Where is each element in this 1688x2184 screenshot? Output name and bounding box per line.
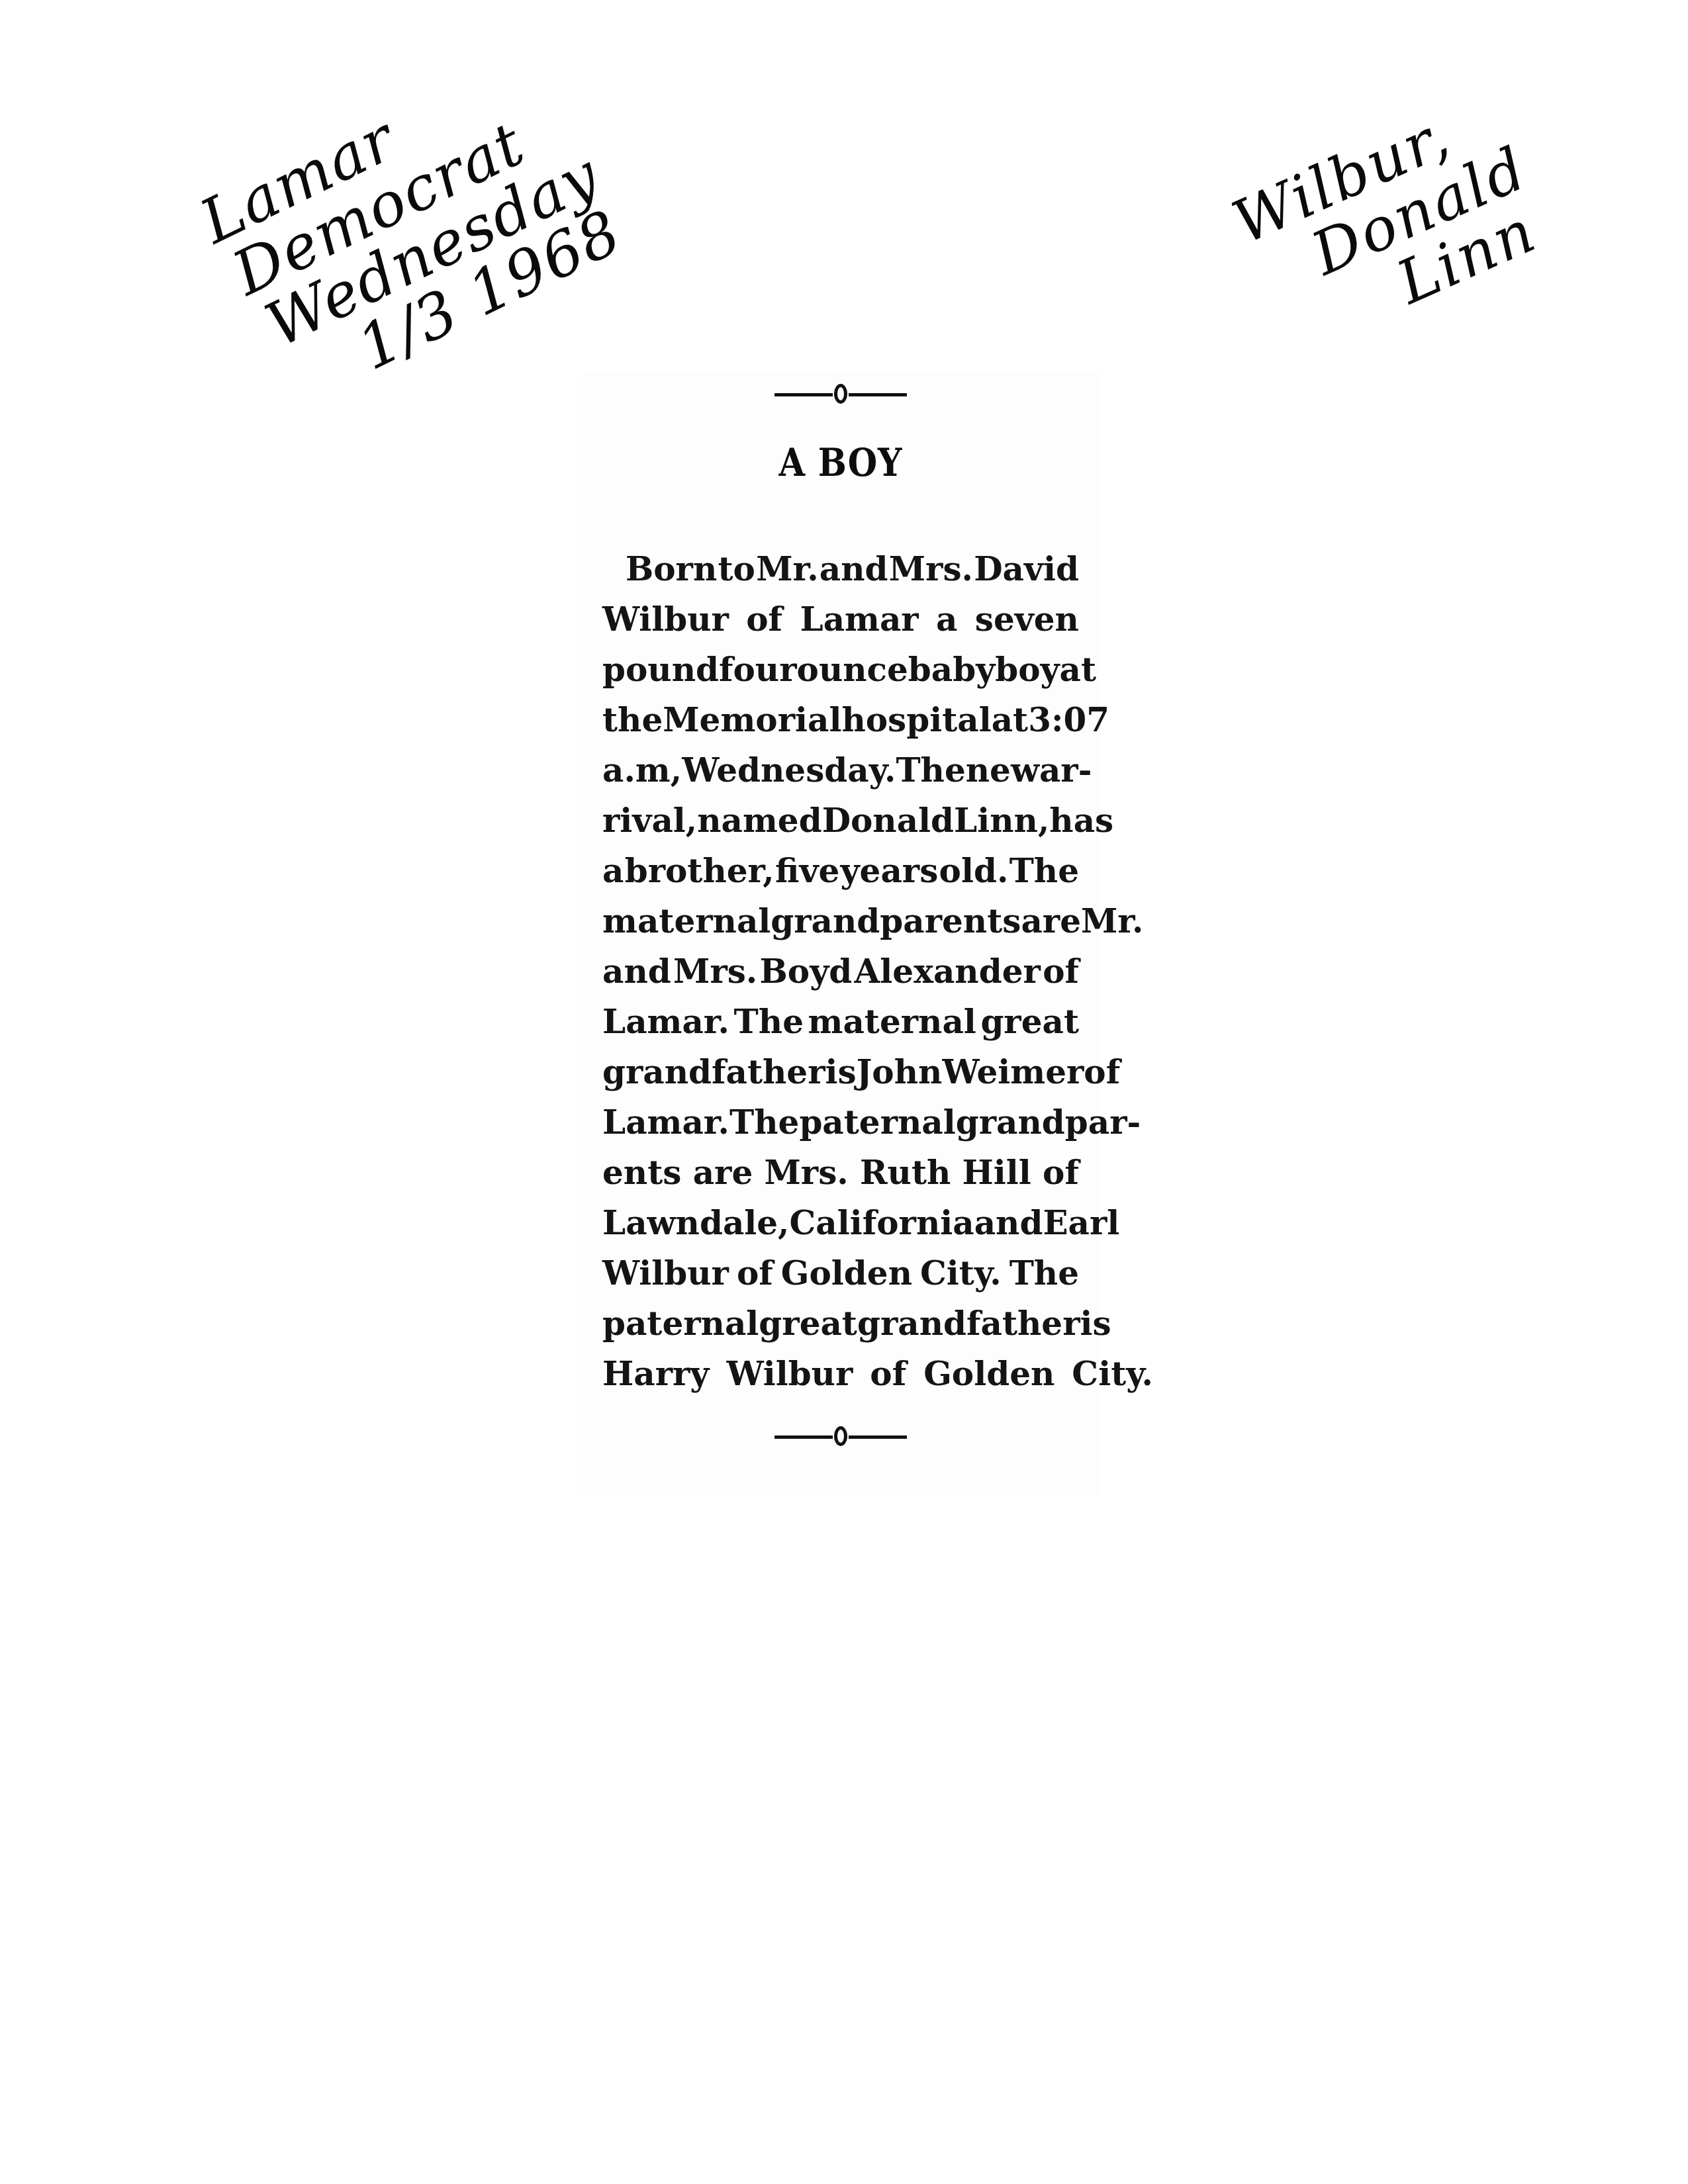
article-word: ar- <box>1039 745 1092 796</box>
article-word: Lamar. <box>602 1097 729 1148</box>
newspaper-clipping: A BOY BorntoMr.andMrs.DavidWilburofLamar… <box>583 371 1099 1496</box>
article-word: Boyd <box>760 946 853 997</box>
article-word: grandfather <box>857 1298 1080 1349</box>
article-word: are <box>1021 896 1081 946</box>
article-word: old. <box>939 846 1009 896</box>
article-line: WilburofGoldenCity.The <box>602 1248 1079 1298</box>
article-line: Lamar.Thepaternalgrandpar- <box>602 1097 1079 1148</box>
article-word: Linn, <box>954 796 1049 846</box>
article-word: Memorial <box>663 695 841 745</box>
article-word: named <box>697 796 821 846</box>
article-word: Hill <box>962 1148 1031 1198</box>
article-word: maternal <box>808 997 976 1047</box>
article-word: are <box>693 1148 753 1198</box>
article-title: A BOY <box>614 440 1068 485</box>
article-line: andMrs.BoydAlexanderof <box>602 946 1079 997</box>
article-word: The <box>1009 846 1079 896</box>
article-word: of <box>1043 946 1079 997</box>
article-line: HarryWilburofGoldenCity. <box>602 1349 1079 1399</box>
article-word: and <box>820 544 888 594</box>
article-line: Lawndale,CaliforniaandEarl <box>602 1198 1079 1248</box>
handwritten-source-note: Lamar Democrat Wednesday 1/3 1968 <box>192 34 635 417</box>
article-word: is <box>1080 1298 1111 1349</box>
article-word: great <box>759 1298 857 1349</box>
article-line: poundfourouncebabyboyat <box>602 645 1079 695</box>
article-word: Lawndale, <box>602 1198 790 1248</box>
article-line: maternalgrandparentsareMr. <box>602 896 1079 946</box>
article-word: is <box>825 1047 857 1097</box>
article-word: Ruth <box>860 1148 951 1198</box>
article-line: rival,namedDonaldLinn,has <box>602 796 1079 846</box>
article-line: theMemorialhospitalat3:07 <box>602 695 1079 745</box>
article-word: boy <box>995 645 1059 695</box>
article-word: Golden <box>923 1349 1055 1399</box>
article-word: of <box>1084 1047 1120 1097</box>
ornamental-rule-icon <box>774 384 907 404</box>
article-word: David <box>974 544 1079 594</box>
article-word: The <box>896 745 965 796</box>
document-page: Lamar Democrat Wednesday 1/3 1968 Wilbur… <box>0 0 1688 2184</box>
handwritten-name-note: Wilbur, Donald Linn <box>1225 82 1560 365</box>
article-word: Mrs. <box>764 1148 848 1198</box>
article-word: great <box>980 997 1079 1047</box>
article-word: a.m, <box>602 745 682 796</box>
article-word: of <box>746 594 782 645</box>
article-line: paternalgreatgrandfatheris <box>602 1298 1079 1349</box>
article-word: Harry <box>602 1349 709 1399</box>
article-word: years <box>841 846 939 896</box>
article-line: grandfatherisJohnWeimerof <box>602 1047 1079 1097</box>
article-line: BorntoMr.andMrs.David <box>602 544 1079 594</box>
article-word: a <box>936 594 957 645</box>
article-word: Mrs. <box>889 544 973 594</box>
article-word: new <box>966 745 1039 796</box>
article-body: BorntoMr.andMrs.DavidWilburofLamaraseven… <box>602 544 1079 1399</box>
article-word: to <box>718 544 755 594</box>
article-word: of <box>737 1248 773 1298</box>
article-word: Weimer <box>942 1047 1084 1097</box>
article-word: California <box>790 1198 974 1248</box>
article-word: Born <box>626 544 717 594</box>
article-word: brother, <box>625 846 774 896</box>
article-line: a.m,Wednesday.Thenewar- <box>602 745 1079 796</box>
article-line: Lamar.Thematernalgreat <box>602 997 1079 1047</box>
article-word: five <box>775 846 839 896</box>
article-word: grandparents <box>771 896 1021 946</box>
article-word: of <box>870 1349 906 1399</box>
article-word: Wilbur <box>602 594 729 645</box>
article-word: four <box>719 645 797 695</box>
article-word: of <box>1043 1148 1079 1198</box>
article-word: paternal <box>799 1097 955 1148</box>
article-word: Mr. <box>756 544 819 594</box>
article-word: Wilbur <box>726 1349 853 1399</box>
article-word: at <box>992 695 1029 745</box>
article-word: City. <box>920 1248 1002 1298</box>
article-word: ounce <box>797 645 908 695</box>
article-word: at <box>1060 645 1097 695</box>
article-word: ents <box>602 1148 681 1198</box>
article-line: WilburofLamaraseven <box>602 594 1079 645</box>
article-word: Wilbur <box>602 1248 729 1298</box>
article-word: Mr. <box>1081 896 1144 946</box>
article-word: rival, <box>602 796 697 846</box>
article-word: the <box>602 695 663 745</box>
article-word: pound <box>602 645 719 695</box>
article-word: maternal <box>602 896 771 946</box>
article-word: seven <box>975 594 1079 645</box>
article-line: entsareMrs.RuthHillof <box>602 1148 1079 1198</box>
article-word: a <box>602 846 624 896</box>
article-word: Lamar <box>800 594 918 645</box>
article-word: The <box>729 1097 799 1148</box>
article-word: 3:07 <box>1028 695 1109 745</box>
article-word: Wednesday. <box>682 745 896 796</box>
article-word: The <box>1009 1248 1079 1298</box>
article-word: John <box>857 1047 943 1097</box>
article-word: grandfather <box>602 1047 825 1097</box>
article-word: Mrs. <box>673 946 757 997</box>
article-word: baby <box>908 645 995 695</box>
ornamental-rule-icon <box>774 1426 907 1446</box>
article-word: Donald <box>822 796 954 846</box>
article-word: hospital <box>841 695 991 745</box>
article-word: and <box>602 946 671 997</box>
article-word: Earl <box>1043 1198 1119 1248</box>
article-line: abrother,fiveyearsold.The <box>602 846 1079 896</box>
article-word: The <box>734 997 804 1047</box>
article-word: City. <box>1072 1349 1153 1399</box>
article-word: has <box>1049 796 1113 846</box>
article-word: Golden <box>781 1248 912 1298</box>
article-word: Lamar. <box>602 997 729 1047</box>
article-word: and <box>974 1198 1043 1248</box>
article-word: paternal <box>602 1298 759 1349</box>
article-word: Alexander <box>855 946 1041 997</box>
article-word: grandpar- <box>956 1097 1141 1148</box>
